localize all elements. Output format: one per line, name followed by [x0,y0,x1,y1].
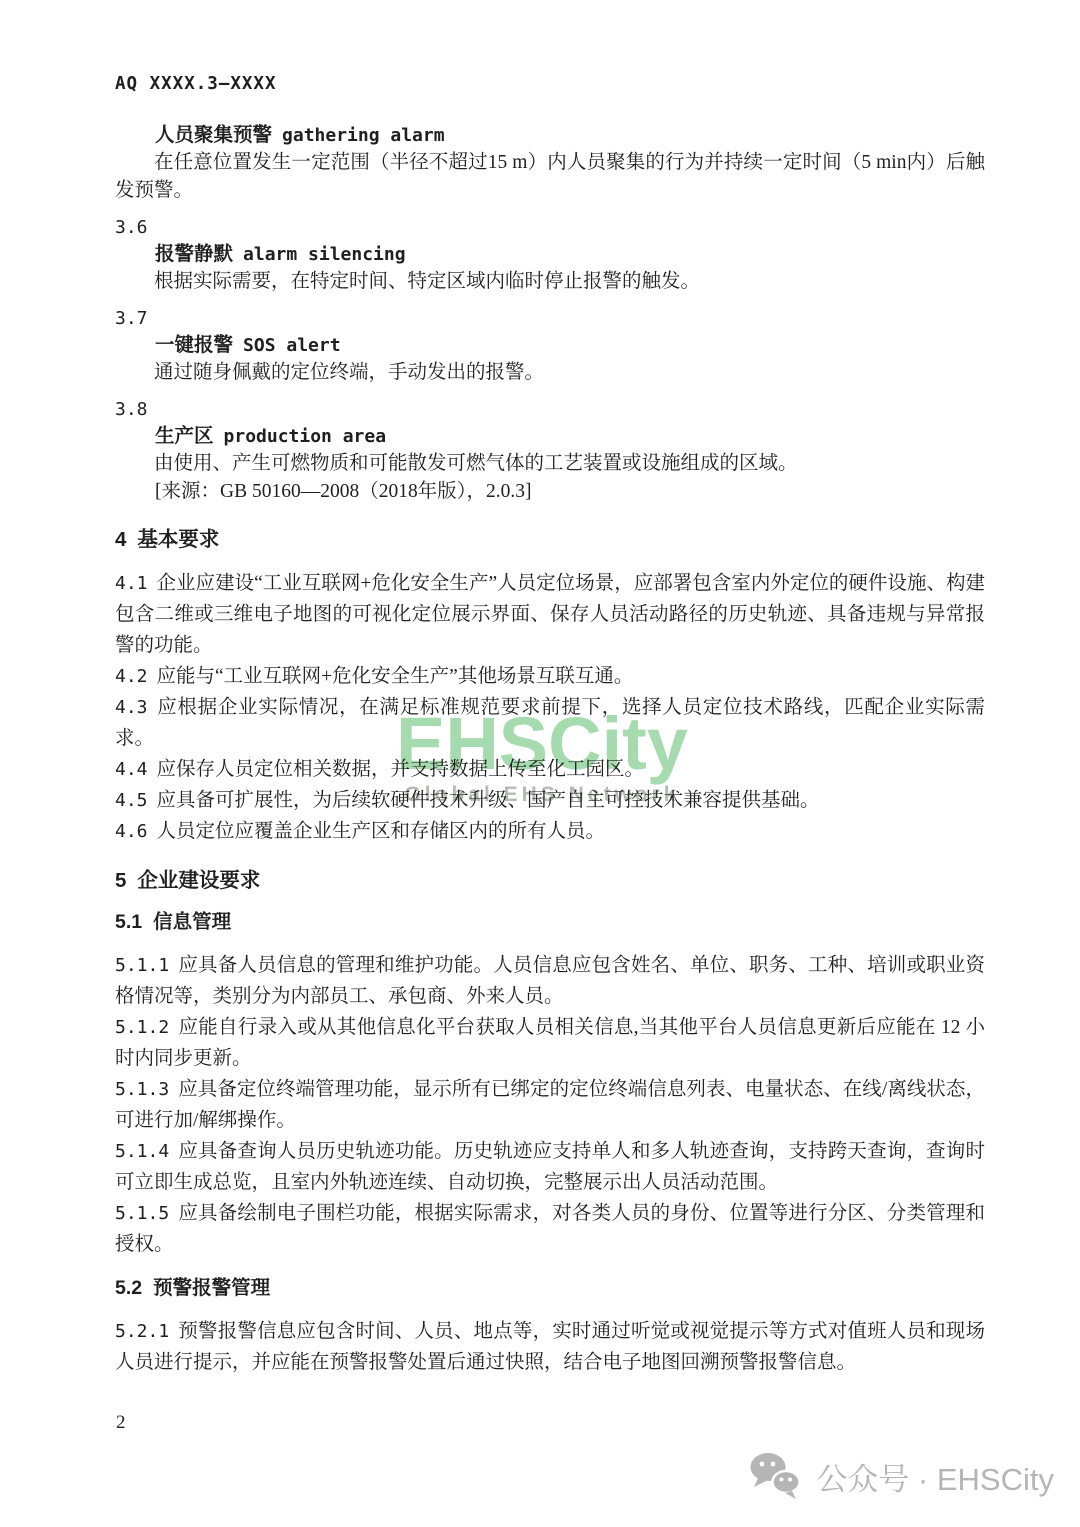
clause-text: 应根据企业实际情况，在满足标准规范要求前提下，选择人员定位技术路线，匹配企业实际… [115,697,985,749]
term-english: gathering alarm [282,125,445,146]
clause-number: 4.6 [115,821,148,842]
document-page: EHSCity Global EHS Network AQ XXXX.3—XXX… [0,0,1080,1527]
term-definition: 由使用、产生可燃物质和可能散发可燃气体的工艺装置或设施组成的区域。 [115,450,985,478]
clause-text: 应具备可扩展性，为后续软硬件技术升级、国产自主可控技术兼容提供基础。 [157,790,820,811]
term-chinese: 人员聚集预警 [155,124,272,146]
term-entry: 人员聚集预警gathering alarm 在任意位置发生一定范围（半径不超过1… [115,122,985,205]
section-title: 企业建设要求 [137,869,260,892]
term-entry: 3.7 一键报警SOS alert 通过随身佩戴的定位终端，手动发出的报警。 [115,305,985,387]
clause-number: 4.3 [115,697,148,718]
term-english: alarm silencing [243,244,406,265]
term-number: 3.8 [115,396,985,423]
wechat-account-label: 公众号 · EHSCity [816,1454,1054,1499]
subsection-heading-5-2: 5.2预警报警管理 [115,1276,985,1301]
clause-4-3: 4.3应根据企业实际情况，在满足标准规范要求前提下，选择人员定位技术路线，匹配企… [115,692,985,754]
clause-text: 应具备定位终端管理功能，显示所有已绑定的定位终端信息列表、电量状态、在线/离线状… [115,1079,985,1131]
clause-4-5: 4.5应具备可扩展性，为后续软硬件技术升级、国产自主可控技术兼容提供基础。 [115,785,985,816]
term-source-reference: [来源：GB 50160—2008（2018年版），2.0.3] [115,478,985,506]
clause-text: 应保存人员定位相关数据，并支持数据上传至化工园区。 [157,759,645,780]
section-heading-4: 4基本要求 [115,527,985,553]
term-number: 3.6 [115,214,985,241]
clause-4-6: 4.6人员定位应覆盖企业生产区和存储区内的所有人员。 [115,816,985,847]
section-number: 4 [115,528,126,551]
clause-text: 人员定位应覆盖企业生产区和存储区内的所有人员。 [157,821,606,842]
term-entry: 3.8 生产区production area 由使用、产生可燃物质和可能散发可燃… [115,396,985,506]
clause-4-1: 4.1企业应建设“工业互联网+危化安全生产”人员定位场景，应部署包含室内外定位的… [115,568,985,661]
clause-text: 应具备人员信息的管理和维护功能。人员信息应包含姓名、单位、职务、工种、培训或职业… [115,955,985,1007]
term-chinese: 一键报警 [155,334,233,356]
subsection-number: 5.1 [115,911,142,933]
clause-5-1-5: 5.1.5应具备绘制电子围栏功能，根据实际需求，对各类人员的身份、位置等进行分区… [115,1198,985,1260]
term-english: production area [224,426,387,447]
clause-number: 4.5 [115,790,148,811]
term-title: 一键报警SOS alert [115,332,985,359]
term-entry: 3.6 报警静默alarm silencing 根据实际需要，在特定时间、特定区… [115,214,985,296]
clause-text: 应具备查询人员历史轨迹功能。历史轨迹应支持单人和多人轨迹查询，支持跨天查询，查询… [115,1141,985,1193]
standard-number-header: AQ XXXX.3—XXXX [115,74,985,94]
term-title: 生产区production area [115,423,985,450]
clause-number: 5.1.2 [115,1017,169,1038]
clause-number: 5.2.1 [115,1321,169,1342]
section-title: 基本要求 [137,528,219,551]
clause-text: 应能与“工业互联网+危化安全生产”其他场景互联互通。 [157,666,634,687]
clause-5-1-4: 5.1.4应具备查询人员历史轨迹功能。历史轨迹应支持单人和多人轨迹查询，支持跨天… [115,1136,985,1198]
subsection-number: 5.2 [115,1277,142,1299]
term-chinese: 生产区 [155,425,214,447]
clause-5-1-2: 5.1.2应能自行录入或从其他信息化平台获取人员相关信息,当其他平台人员信息更新… [115,1012,985,1074]
wechat-icon [748,1452,804,1500]
clause-number: 5.1.3 [115,1079,169,1100]
term-definition: 在任意位置发生一定范围（半径不超过15 m）内人员聚集的行为并持续一定时间（5 … [115,149,985,205]
clause-text: 企业应建设“工业互联网+危化安全生产”人员定位场景，应部署包含室内外定位的硬件设… [115,573,985,656]
clause-4-2: 4.2应能与“工业互联网+危化安全生产”其他场景互联互通。 [115,661,985,692]
clause-number: 5.1.5 [115,1203,169,1224]
clause-text: 应能自行录入或从其他信息化平台获取人员相关信息,当其他平台人员信息更新后应能在 … [115,1017,985,1069]
section-heading-5: 5企业建设要求 [115,868,985,894]
subsection-title: 信息管理 [153,911,231,933]
page-number: 2 [116,1412,126,1434]
term-english: SOS alert [243,335,341,356]
subsection-heading-5-1: 5.1信息管理 [115,910,985,935]
clause-text: 应具备绘制电子围栏功能，根据实际需求，对各类人员的身份、位置等进行分区、分类管理… [115,1203,985,1255]
term-title: 人员聚集预警gathering alarm [115,122,985,149]
clause-5-1-3: 5.1.3应具备定位终端管理功能，显示所有已绑定的定位终端信息列表、电量状态、在… [115,1074,985,1136]
section-number: 5 [115,869,126,892]
clause-number: 4.4 [115,759,148,780]
term-title: 报警静默alarm silencing [115,241,985,268]
wechat-account-footer: 公众号 · EHSCity [748,1452,1054,1500]
term-chinese: 报警静默 [155,243,233,265]
clause-text: 预警报警信息应包含时间、人员、地点等，实时通过听觉或视觉提示等方式对值班人员和现… [115,1321,985,1373]
term-definition: 通过随身佩戴的定位终端，手动发出的报警。 [115,359,985,387]
page-content: AQ XXXX.3—XXXX 人员聚集预警gathering alarm 在任意… [0,0,1080,1378]
term-definition: 根据实际需要，在特定时间、特定区域内临时停止报警的触发。 [115,268,985,296]
clause-number: 4.1 [115,573,148,594]
clause-5-2-1: 5.2.1预警报警信息应包含时间、人员、地点等，实时通过听觉或视觉提示等方式对值… [115,1316,985,1378]
term-number: 3.7 [115,305,985,332]
subsection-title: 预警报警管理 [153,1277,270,1299]
clause-number: 4.2 [115,666,148,687]
clause-4-4: 4.4应保存人员定位相关数据，并支持数据上传至化工园区。 [115,754,985,785]
clause-number: 5.1.4 [115,1141,169,1162]
clause-number: 5.1.1 [115,955,169,976]
clause-5-1-1: 5.1.1应具备人员信息的管理和维护功能。人员信息应包含姓名、单位、职务、工种、… [115,950,985,1012]
